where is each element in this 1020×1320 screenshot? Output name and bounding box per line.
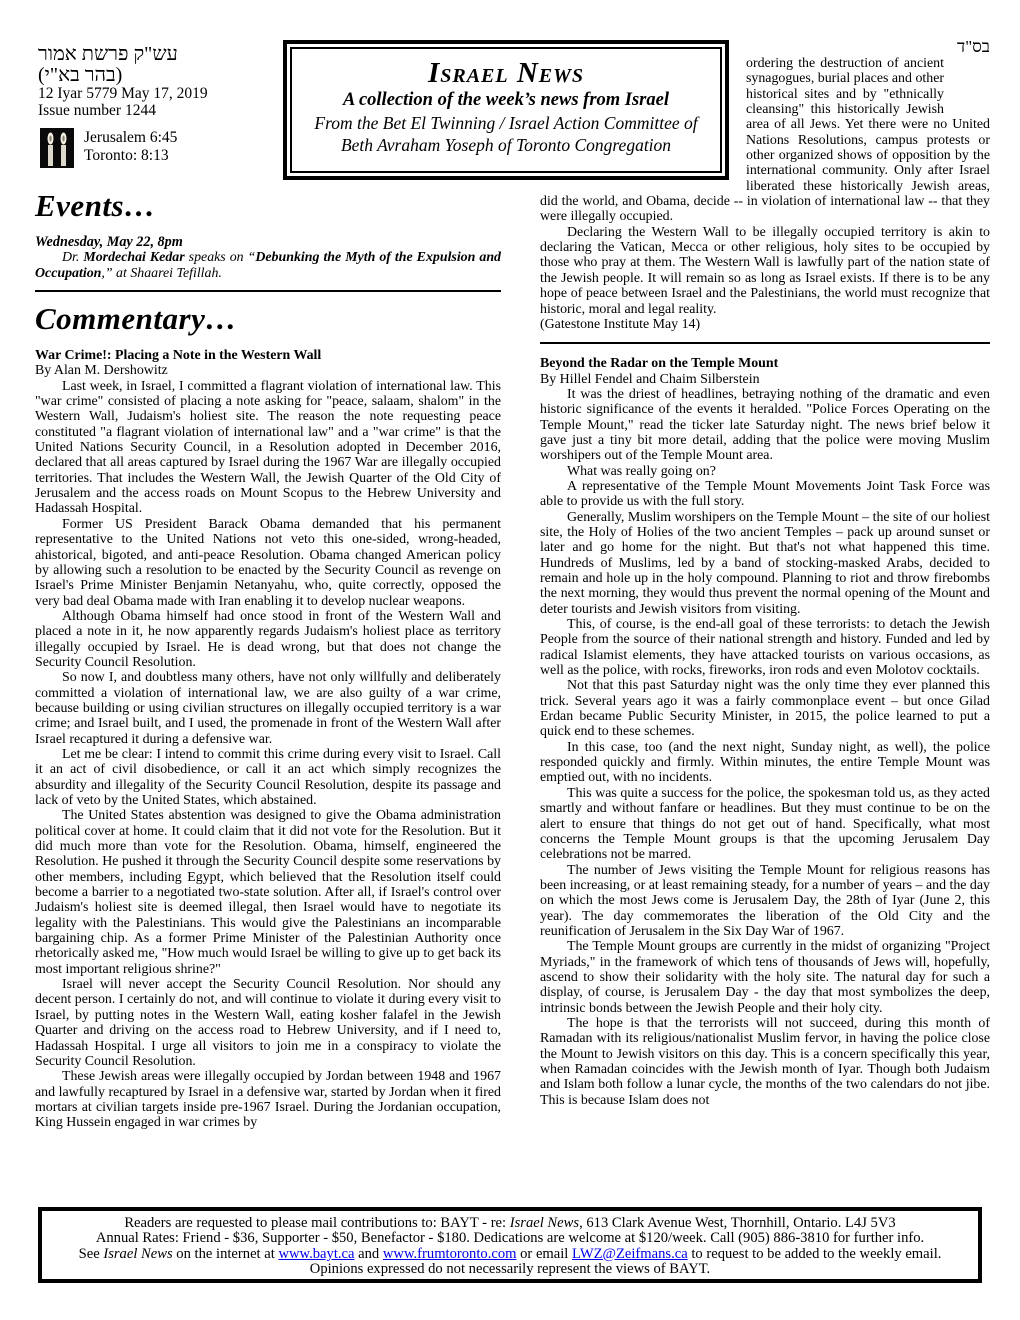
footer-line3: See Israel News on the internet at www.b… [42, 1247, 978, 1262]
article2-paragraph: The Temple Mount groups are currently in… [540, 939, 990, 1016]
footer-line3-seg4: and [354, 1246, 382, 1262]
article-separator-line [540, 342, 990, 344]
shabbat-candles-icon [40, 128, 74, 168]
left-column: Events… Wednesday, May 22, 8pm Dr. Morde… [35, 189, 501, 1131]
article2-paragraph: The hope is that the terrorists will not… [540, 1016, 990, 1108]
parsha-hebrew-line2: (בהר בא"י) [38, 65, 278, 85]
article1-byline: By Alan M. Dershowitz [35, 363, 501, 378]
article1-source-citation: (Gatestone Institute May 14) [540, 317, 990, 332]
article2-paragraph: Not that this past Saturday night was th… [540, 678, 990, 739]
event-seg-2: speaks on “ [185, 250, 256, 265]
event-description: Dr. Mordechai Kedar speaks on “Debunking… [35, 250, 501, 281]
event-seg-4: ,” at Shaarei Tefillah. [101, 266, 222, 281]
article1-paragraph: These Jewish areas were illegally occupi… [35, 1069, 501, 1130]
bayt-website-link[interactable]: www.bayt.ca [278, 1246, 354, 1262]
article1-paragraph: Let me be clear: I intend to commit this… [35, 747, 501, 808]
footer-rates-line: Annual Rates: Friend - $36, Supporter - … [42, 1231, 978, 1246]
article1-paragraph: Although Obama himself had once stood in… [35, 609, 501, 670]
event-seg-0: Dr. [62, 250, 83, 265]
article2-paragraph: This, of course, is the end-all goal of … [540, 617, 990, 678]
article2: Beyond the Radar on the Temple Mount By … [540, 356, 990, 1108]
jerusalem-candle-time: Jerusalem 6:45 [84, 129, 177, 147]
article1-paragraph: The United States abstention was designe… [35, 808, 501, 977]
article1-paragraph: Declaring the Western Wall to be illegal… [540, 225, 990, 317]
footer-contact-box: Readers are requested to please mail con… [38, 1207, 982, 1283]
article2-byline: By Hillel Fendel and Chaim Silberstein [540, 372, 990, 387]
newsletter-page: עש"ק פרשת אמור (בהר בא"י) 12 Iyar 5779 M… [0, 0, 1020, 1320]
parsha-hebrew-line1: עש"ק פרשת אמור [38, 44, 278, 65]
event-speaker: Mordechai Kedar [83, 250, 184, 265]
bsd-wrap-spacer [944, 56, 990, 103]
article1-paragraph: Israel will never accept the Security Co… [35, 977, 501, 1069]
event-datetime: Wednesday, May 22, 8pm [35, 235, 501, 250]
issue-number: Issue number 1244 [38, 102, 278, 119]
commentary-heading: Commentary… [35, 302, 501, 336]
email-link[interactable]: LWZ@Zeifmans.ca [572, 1246, 688, 1262]
article1: War Crime!: Placing a Note in the Wester… [35, 348, 501, 1131]
section-separator-line [35, 290, 501, 292]
footer-newsletter-name: Israel News [510, 1215, 579, 1231]
footer-line1-seg2: , 613 Clark Avenue West, Thornhill, Onta… [579, 1215, 896, 1231]
events-heading: Events… [35, 189, 501, 223]
frumtoronto-website-link[interactable]: www.frumtoronto.com [383, 1246, 517, 1262]
article2-title: Beyond the Radar on the Temple Mount [540, 356, 990, 371]
footer-disclaimer: Opinions expressed do not necessarily re… [42, 1262, 978, 1277]
article2-paragraph: What was really going on? [540, 464, 990, 479]
footer-line3-seg2: on the internet at [173, 1246, 279, 1262]
article2-paragraph: It was the driest of headlines, betrayin… [540, 387, 990, 464]
masthead-info: עש"ק פרשת אמור (בהר בא"י) 12 Iyar 5779 M… [38, 44, 278, 168]
toronto-candle-time: Toronto: 8:13 [84, 147, 177, 165]
footer-line3-seg8: to request to be added to the weekly ema… [688, 1246, 942, 1262]
article1-continuation: ordering the destruction of ancient syna… [540, 56, 990, 332]
footer-line3-seg6: or email [516, 1246, 572, 1262]
article2-paragraph: This was quite a success for the police,… [540, 786, 990, 863]
footer-newsletter-name: Israel News [103, 1246, 172, 1262]
footer-line1: Readers are requested to please mail con… [42, 1216, 978, 1231]
article2-paragraph: The number of Jews visiting the Temple M… [540, 863, 990, 940]
right-column: בס"ד ordering the destruction of ancient… [540, 38, 990, 1108]
article2-paragraph: Generally, Muslim worshipers on the Temp… [540, 510, 990, 617]
headerbox-wrap-spacer [540, 56, 746, 183]
article2-paragraph: In this case, too (and the next night, S… [540, 740, 990, 786]
footer-line3-seg0: See [79, 1246, 104, 1262]
hebrew-secular-date: 12 Iyar 5779 May 17, 2019 [38, 85, 278, 102]
article2-paragraph: A representative of the Temple Mount Mov… [540, 479, 990, 510]
bsd-hebrew: בס"ד [540, 38, 990, 56]
footer-line1-seg0: Readers are requested to please mail con… [124, 1215, 509, 1231]
article1-title: War Crime!: Placing a Note in the Wester… [35, 348, 501, 363]
article1-paragraph: So now I, and doubtless many others, hav… [35, 670, 501, 747]
candle-lighting-times: Jerusalem 6:45 Toronto: 8:13 [40, 128, 278, 168]
article1-paragraph: Last week, in Israel, I committed a flag… [35, 379, 501, 517]
article1-paragraph: Former US President Barack Obama demande… [35, 517, 501, 609]
